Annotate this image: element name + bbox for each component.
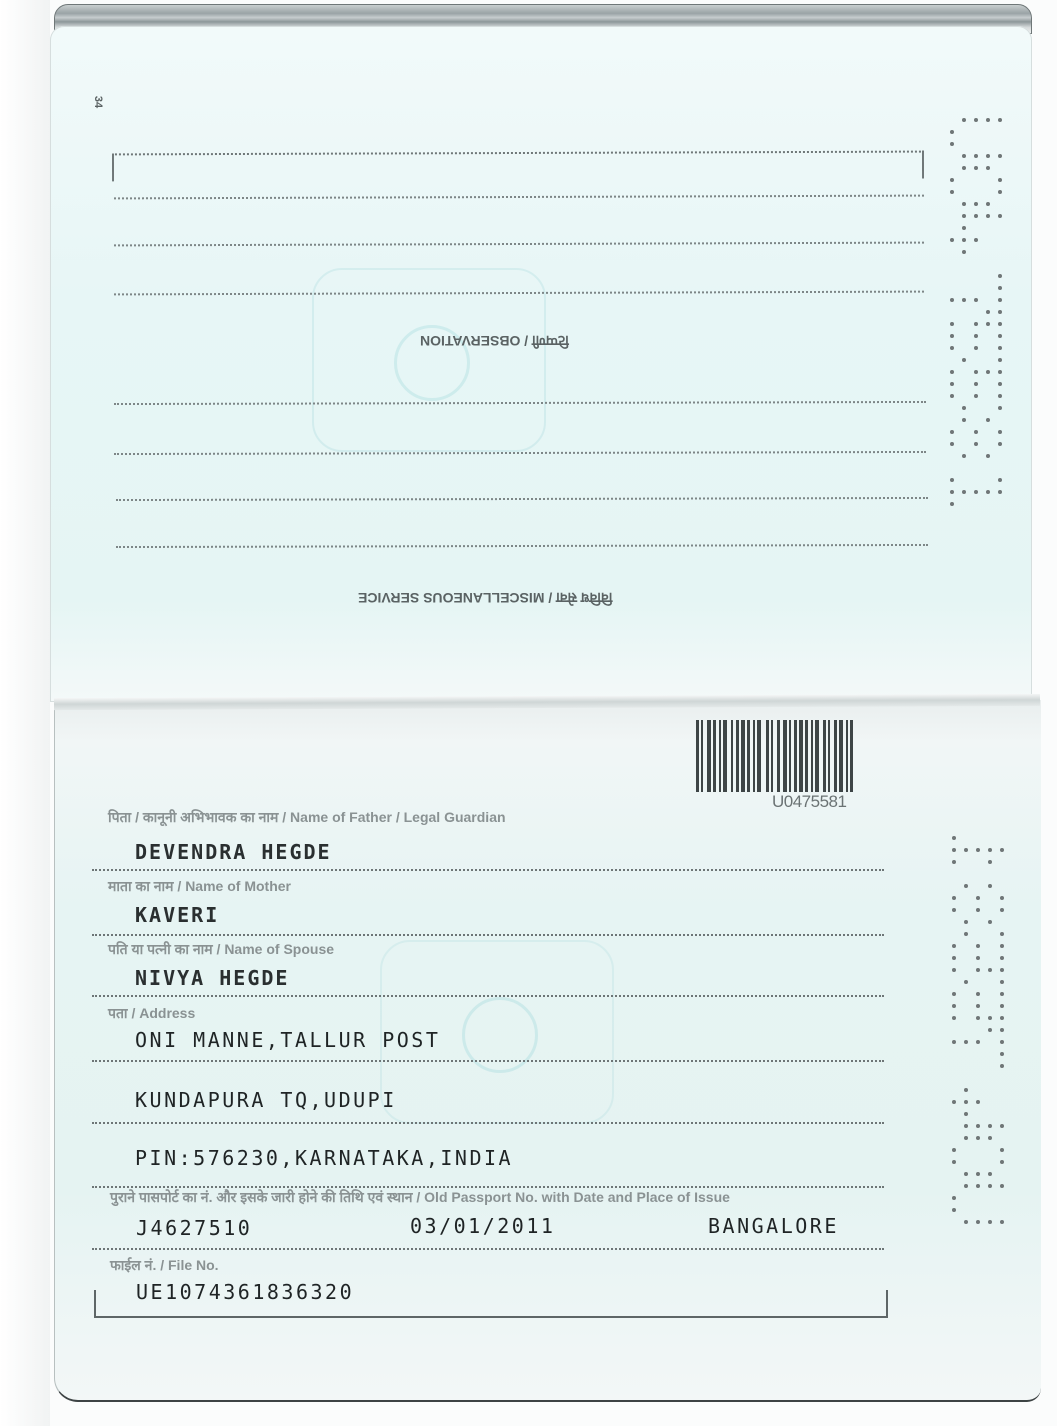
mother-label: माता का नाम / Name of Mother (108, 877, 291, 896)
field-divider (92, 995, 884, 997)
barcode (696, 720, 938, 792)
old-passport-issue-place: BANGALORE (708, 1214, 839, 1238)
field-divider (92, 1060, 884, 1062)
scan-background (0, 0, 50, 1426)
miscellaneous-service-heading: विविध सेवा / MISCELLANEOUS SERVICE (358, 588, 612, 607)
father-label: पिता / कानूनी अभिभावक का नाम / Name of F… (108, 808, 506, 827)
field-divider (92, 869, 884, 871)
address-line-1: ONI MANNE,TALLUR POST (135, 1028, 440, 1052)
barcode-number: U0475581 (772, 792, 846, 812)
mother-name: KAVERI (135, 903, 219, 927)
father-name: DEVENDRA HEGDE (135, 840, 332, 864)
emblem-watermark-icon (312, 268, 546, 452)
file-number-box (94, 1290, 888, 1318)
field-divider (92, 934, 884, 936)
old-passport-issue-date: 03/01/2011 (410, 1214, 555, 1238)
field-divider (92, 1122, 884, 1124)
page-number: 34 (92, 96, 104, 108)
address-line-3: PIN:576230,KARNATAKA,INDIA (135, 1146, 513, 1170)
spouse-name: NIVYA HEGDE (135, 966, 289, 990)
old-passport-number: J4627510 (136, 1216, 252, 1240)
observation-heading: टिप्पणी / OBSERVATION (420, 331, 569, 350)
old-passport-label: पुराने पासपोर्ट का नं. और इसके जारी होने… (110, 1188, 730, 1207)
address-label: पता / Address (108, 1004, 195, 1023)
observation-box-top (112, 151, 924, 182)
field-divider (92, 1248, 884, 1250)
file-number-label: फाईल नं. / File No. (110, 1256, 219, 1275)
spouse-label: पति या पत्नी का नाम / Name of Spouse (108, 940, 334, 959)
address-line-2: KUNDAPURA TQ,UDUPI (135, 1088, 397, 1112)
